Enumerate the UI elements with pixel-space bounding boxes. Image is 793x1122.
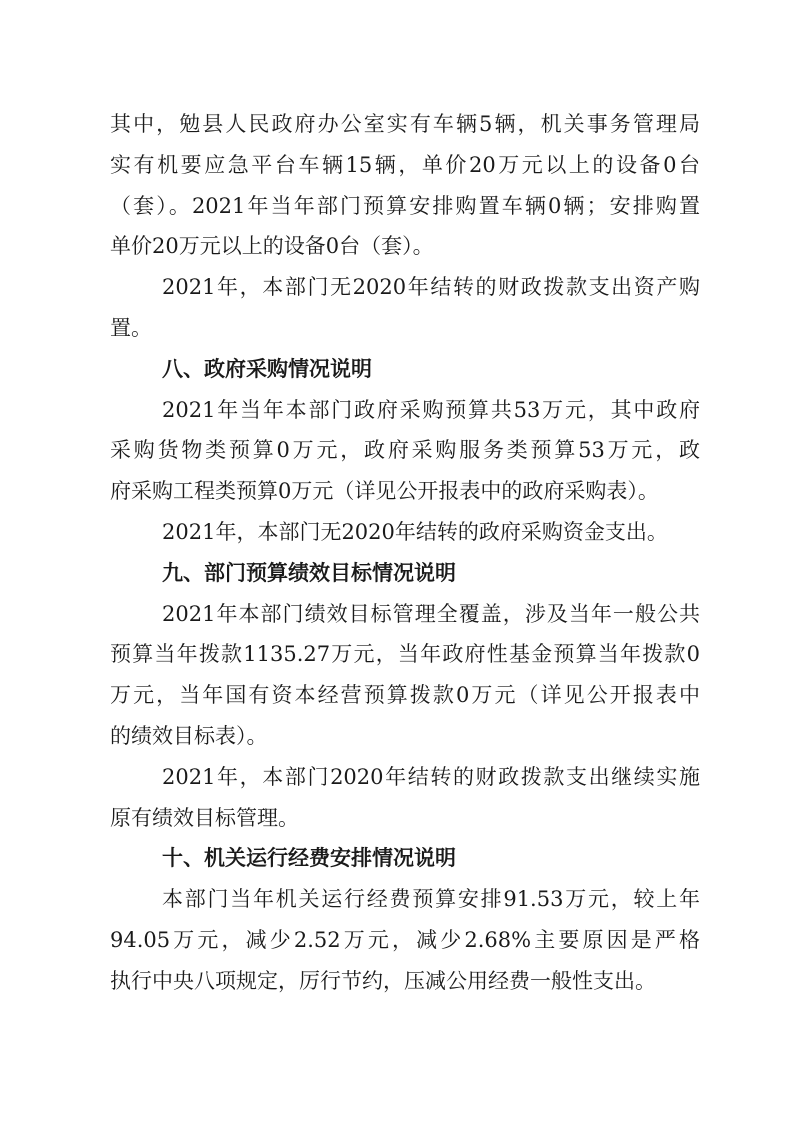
paragraph-operating-expenses: 本部门当年机关运行经费预算安排91.53万元，较上年 94.05万元，减少2.5… — [110, 879, 700, 1001]
text-line: （套）。2021年当年部门预算安排购置车辆0辆；安排购置 — [110, 186, 700, 227]
section-heading-10: 十、机关运行经费安排情况说明 — [110, 838, 700, 879]
text-line: 府采购工程类预算0万元（详见公开报表中的政府采购表）。 — [110, 471, 700, 512]
document-page: 其中，勉县人民政府办公室实有车辆5辆，机关事务管理局 实有机要应急平台车辆15辆… — [110, 104, 700, 1002]
text-line: 本部门当年机关运行经费预算安排91.53万元，较上年 — [110, 879, 700, 920]
paragraph-procurement-carryover: 2021年，本部门无2020年结转的政府采购资金支出。 — [110, 512, 700, 553]
text-line: 预算当年拨款1135.27万元，当年政府性基金预算当年拨款0 — [110, 634, 700, 675]
section-heading-8: 八、政府采购情况说明 — [110, 349, 700, 390]
text-line: 2021年，本部门无2020年结转的财政拨款支出资产购 — [110, 267, 700, 308]
text-line: 原有绩效目标管理。 — [110, 798, 700, 839]
text-line: 采购货物类预算0万元，政府采购服务类预算53万元，政 — [110, 430, 700, 471]
text-line: 2021年当年本部门政府采购预算共53万元，其中政府 — [110, 390, 700, 431]
paragraph-procurement-budget: 2021年当年本部门政府采购预算共53万元，其中政府 采购货物类预算0万元，政府… — [110, 390, 700, 512]
text-line: 的绩效目标表）。 — [110, 716, 700, 757]
text-line: 执行中央八项规定，厉行节约，压减公用经费一般性支出。 — [110, 961, 700, 1002]
text-line: 2021年，本部门2020年结转的财政拨款支出继续实施 — [110, 757, 700, 798]
text-line: 实有机要应急平台车辆15辆，单价20万元以上的设备0台 — [110, 145, 700, 186]
text-line: 2021年，本部门无2020年结转的政府采购资金支出。 — [110, 512, 700, 553]
text-line: 万元，当年国有资本经营预算拨款0万元（详见公开报表中 — [110, 675, 700, 716]
text-line: 2021年本部门绩效目标管理全覆盖，涉及当年一般公共 — [110, 594, 700, 635]
paragraph-asset-purchase: 2021年，本部门无2020年结转的财政拨款支出资产购 置。 — [110, 267, 700, 349]
paragraph-performance-targets: 2021年本部门绩效目标管理全覆盖，涉及当年一般公共 预算当年拨款1135.27… — [110, 594, 700, 757]
text-line: 94.05万元，减少2.52万元，减少2.68%主要原因是严格 — [110, 920, 700, 961]
text-line: 单价20万元以上的设备0台（套）。 — [110, 226, 700, 267]
section-heading-9: 九、部门预算绩效目标情况说明 — [110, 553, 700, 594]
paragraph-vehicles: 其中，勉县人民政府办公室实有车辆5辆，机关事务管理局 实有机要应急平台车辆15辆… — [110, 104, 700, 267]
paragraph-performance-carryover: 2021年，本部门2020年结转的财政拨款支出继续实施 原有绩效目标管理。 — [110, 757, 700, 839]
text-line: 其中，勉县人民政府办公室实有车辆5辆，机关事务管理局 — [110, 104, 700, 145]
text-line: 置。 — [110, 308, 700, 349]
